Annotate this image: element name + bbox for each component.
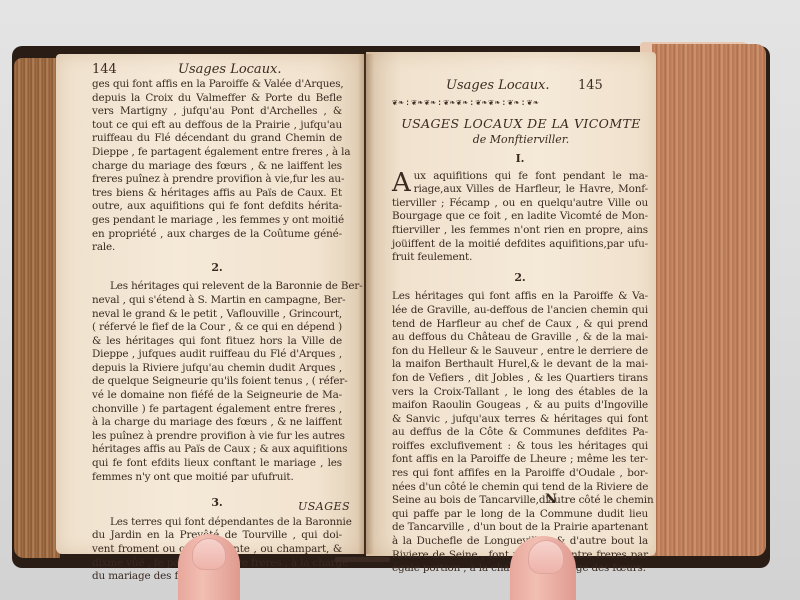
catchword: USAGES xyxy=(298,500,350,513)
text-line: Dieppe , fe partagent également entre fr… xyxy=(92,146,342,160)
ornament-band: ❦❧:❦❧❦❧:❦❧❦❧:❦❧❦❧:❦❧:❦❧ xyxy=(392,98,648,110)
text-line: tierviller ; Fécamp , ou en quelqu'autre… xyxy=(392,197,648,211)
text-line: charge du mariage des fœurs , & ne laiff… xyxy=(92,160,342,174)
text-line: Dieppe , jufques audit ruiffeau du Flé d… xyxy=(92,348,342,362)
left-page-edges xyxy=(14,58,60,558)
left-para-2: Les héritages qui relevent de la Baronni… xyxy=(92,280,342,484)
left-thumb xyxy=(178,534,240,600)
right-para-2: Les héritages qui font affis en la Paroi… xyxy=(392,290,648,575)
text-line: & Sanvic , jufqu'aux terres & héritages … xyxy=(392,413,648,427)
text-line: au deffous du Château de Graville , & de… xyxy=(392,331,648,345)
text-line: de Tancarville , d'un bout de la Prairie… xyxy=(392,521,648,535)
text-line: qui fe font efdits lieux conftant le mar… xyxy=(92,457,342,471)
text-line: depuis la Croix du Valmeffer & Porte du … xyxy=(92,92,342,106)
left-page-number: 144 xyxy=(92,62,117,77)
text-line: tout ce qui eft au deffous de la Prairie… xyxy=(92,119,342,133)
signature-mark: N xyxy=(545,492,557,507)
text-line: depuis la Riviere jufqu'au chemin dudit … xyxy=(92,362,342,376)
text-line: les puînez à prendre provifion à vie fur… xyxy=(92,430,342,444)
right-para-1: A ux aquifitions qui fe font pendant le … xyxy=(392,170,648,265)
text-line: outre, aux aquifitions qui fe font defdi… xyxy=(92,200,342,214)
text-line: riage,aux Villes de Harfleur, le Havre, … xyxy=(392,183,648,197)
text-line: à la charge du mariage des fœurs , & ne … xyxy=(92,416,342,430)
text-line: ruiffeau du Flé décendant du grand Chemi… xyxy=(92,132,342,146)
text-line: au deffus de la Côte & Communes defdites… xyxy=(392,426,648,440)
right-page-edges xyxy=(652,44,766,556)
text-line: joüiffent de la moitié defdites aquifiti… xyxy=(392,238,648,252)
text-line: ( réfervé le fief de la Cour , & ce qui … xyxy=(92,321,342,335)
right-page-text: I. A ux aquifitions qui fe font pendant … xyxy=(392,152,648,576)
text-line: chonville ) fe partagent également entre… xyxy=(92,403,342,417)
text-line: fruit feulement. xyxy=(392,251,648,265)
text-line: Les héritages qui font affis en la Paroi… xyxy=(392,290,648,304)
text-line: Les héritages qui relevent de la Baronni… xyxy=(92,280,342,294)
text-line: ftierviller , les femmes n'ont rien en p… xyxy=(392,224,648,238)
text-line: vers Martigny , jufqu'au Pont d'Archelle… xyxy=(92,105,342,119)
text-line: ges pendant le mariage , les femmes y on… xyxy=(92,214,342,228)
text-line: Bourgage que ce foit , en ladite Vicomté… xyxy=(392,210,648,224)
left-para-1: ges qui font affis en la Paroiffe & Valé… xyxy=(92,78,342,255)
drop-cap: A xyxy=(392,172,411,194)
chapter-title: USAGES LOCAUX DE LA VICOMTE de Monftierv… xyxy=(392,116,650,146)
book-gutter xyxy=(358,54,374,554)
text-line: neval , qui s'étend à S. Martin en campa… xyxy=(92,294,342,308)
left-thumbnail xyxy=(192,538,226,570)
text-line: ux aquifitions qui fe font pendant le ma… xyxy=(392,170,648,184)
text-line: rale. xyxy=(92,241,342,255)
text-line: femmes n'y ont que moitié par ufufruit. xyxy=(92,471,342,485)
right-thumb xyxy=(510,536,576,600)
chapter-title-line-2: de Monftierviller. xyxy=(392,133,650,146)
text-line: maifon Raoulin Gougeas , & au puits d'In… xyxy=(392,399,648,413)
text-line: & les héritages qui font fituez hors la … xyxy=(92,335,342,349)
text-line: fon de Vefiers , dit Jobles , & les Quar… xyxy=(392,372,648,386)
text-line: lée de Graville, au-deffous de l'ancien … xyxy=(392,304,648,318)
text-line: freres puînez à prendre provifion à vie,… xyxy=(92,173,342,187)
right-running-head: Usages Locaux. xyxy=(446,78,550,93)
text-line: la maifon Berthault Hurel,& le devant de… xyxy=(392,358,648,372)
right-thumbnail xyxy=(528,540,564,574)
text-line: qui paffe par le long de la Commune dudi… xyxy=(392,508,648,522)
text-line: de quelque Seigneurie qu'ils foient tenu… xyxy=(92,375,342,389)
text-line: en propriété , aux charges de la Coûtume… xyxy=(92,228,342,242)
text-line: res qui font affifes en la Paroiffe d'Ou… xyxy=(392,467,648,481)
left-running-head: Usages Locaux. xyxy=(178,62,282,77)
text-line: neval le grand & le petit , Vaflouville … xyxy=(92,308,342,322)
text-line: vé le domaine non fiéfé de la Seigneurie… xyxy=(92,389,342,403)
chapter-title-line-1: USAGES LOCAUX DE LA VICOMTE xyxy=(392,116,650,131)
text-line: vers la Croix-Tallant , le long des étab… xyxy=(392,386,648,400)
text-line: font affis en la Paroiffe de Lheure ; mê… xyxy=(392,453,648,467)
text-line: ges qui font affis en la Paroiffe & Valé… xyxy=(92,78,342,92)
section-number-1: I. xyxy=(392,152,648,166)
text-line: Les terres qui font dépendantes de la Ba… xyxy=(92,516,342,530)
spine-tear xyxy=(335,557,390,562)
text-line: tres biens & héritages affis au Païs de … xyxy=(92,187,342,201)
text-line: fon du Helleur & le Sauveur , entre le d… xyxy=(392,345,648,359)
text-line: roiffes exclufivement : & tous les hérit… xyxy=(392,440,648,454)
section-number-2: 2. xyxy=(92,261,342,275)
text-line: nées d'un côté le chemin qui tend de la … xyxy=(392,481,648,495)
text-line: tend de Harfleur au chef de Caux , & qui… xyxy=(392,318,648,332)
section-number-2: 2. xyxy=(392,271,648,285)
text-line: héritages affis au Païs de Caux ; & aux … xyxy=(92,443,342,457)
text-line: Seine au bois de Tancarville,d'autre côt… xyxy=(392,494,648,508)
right-page-number: 145 xyxy=(578,78,603,93)
